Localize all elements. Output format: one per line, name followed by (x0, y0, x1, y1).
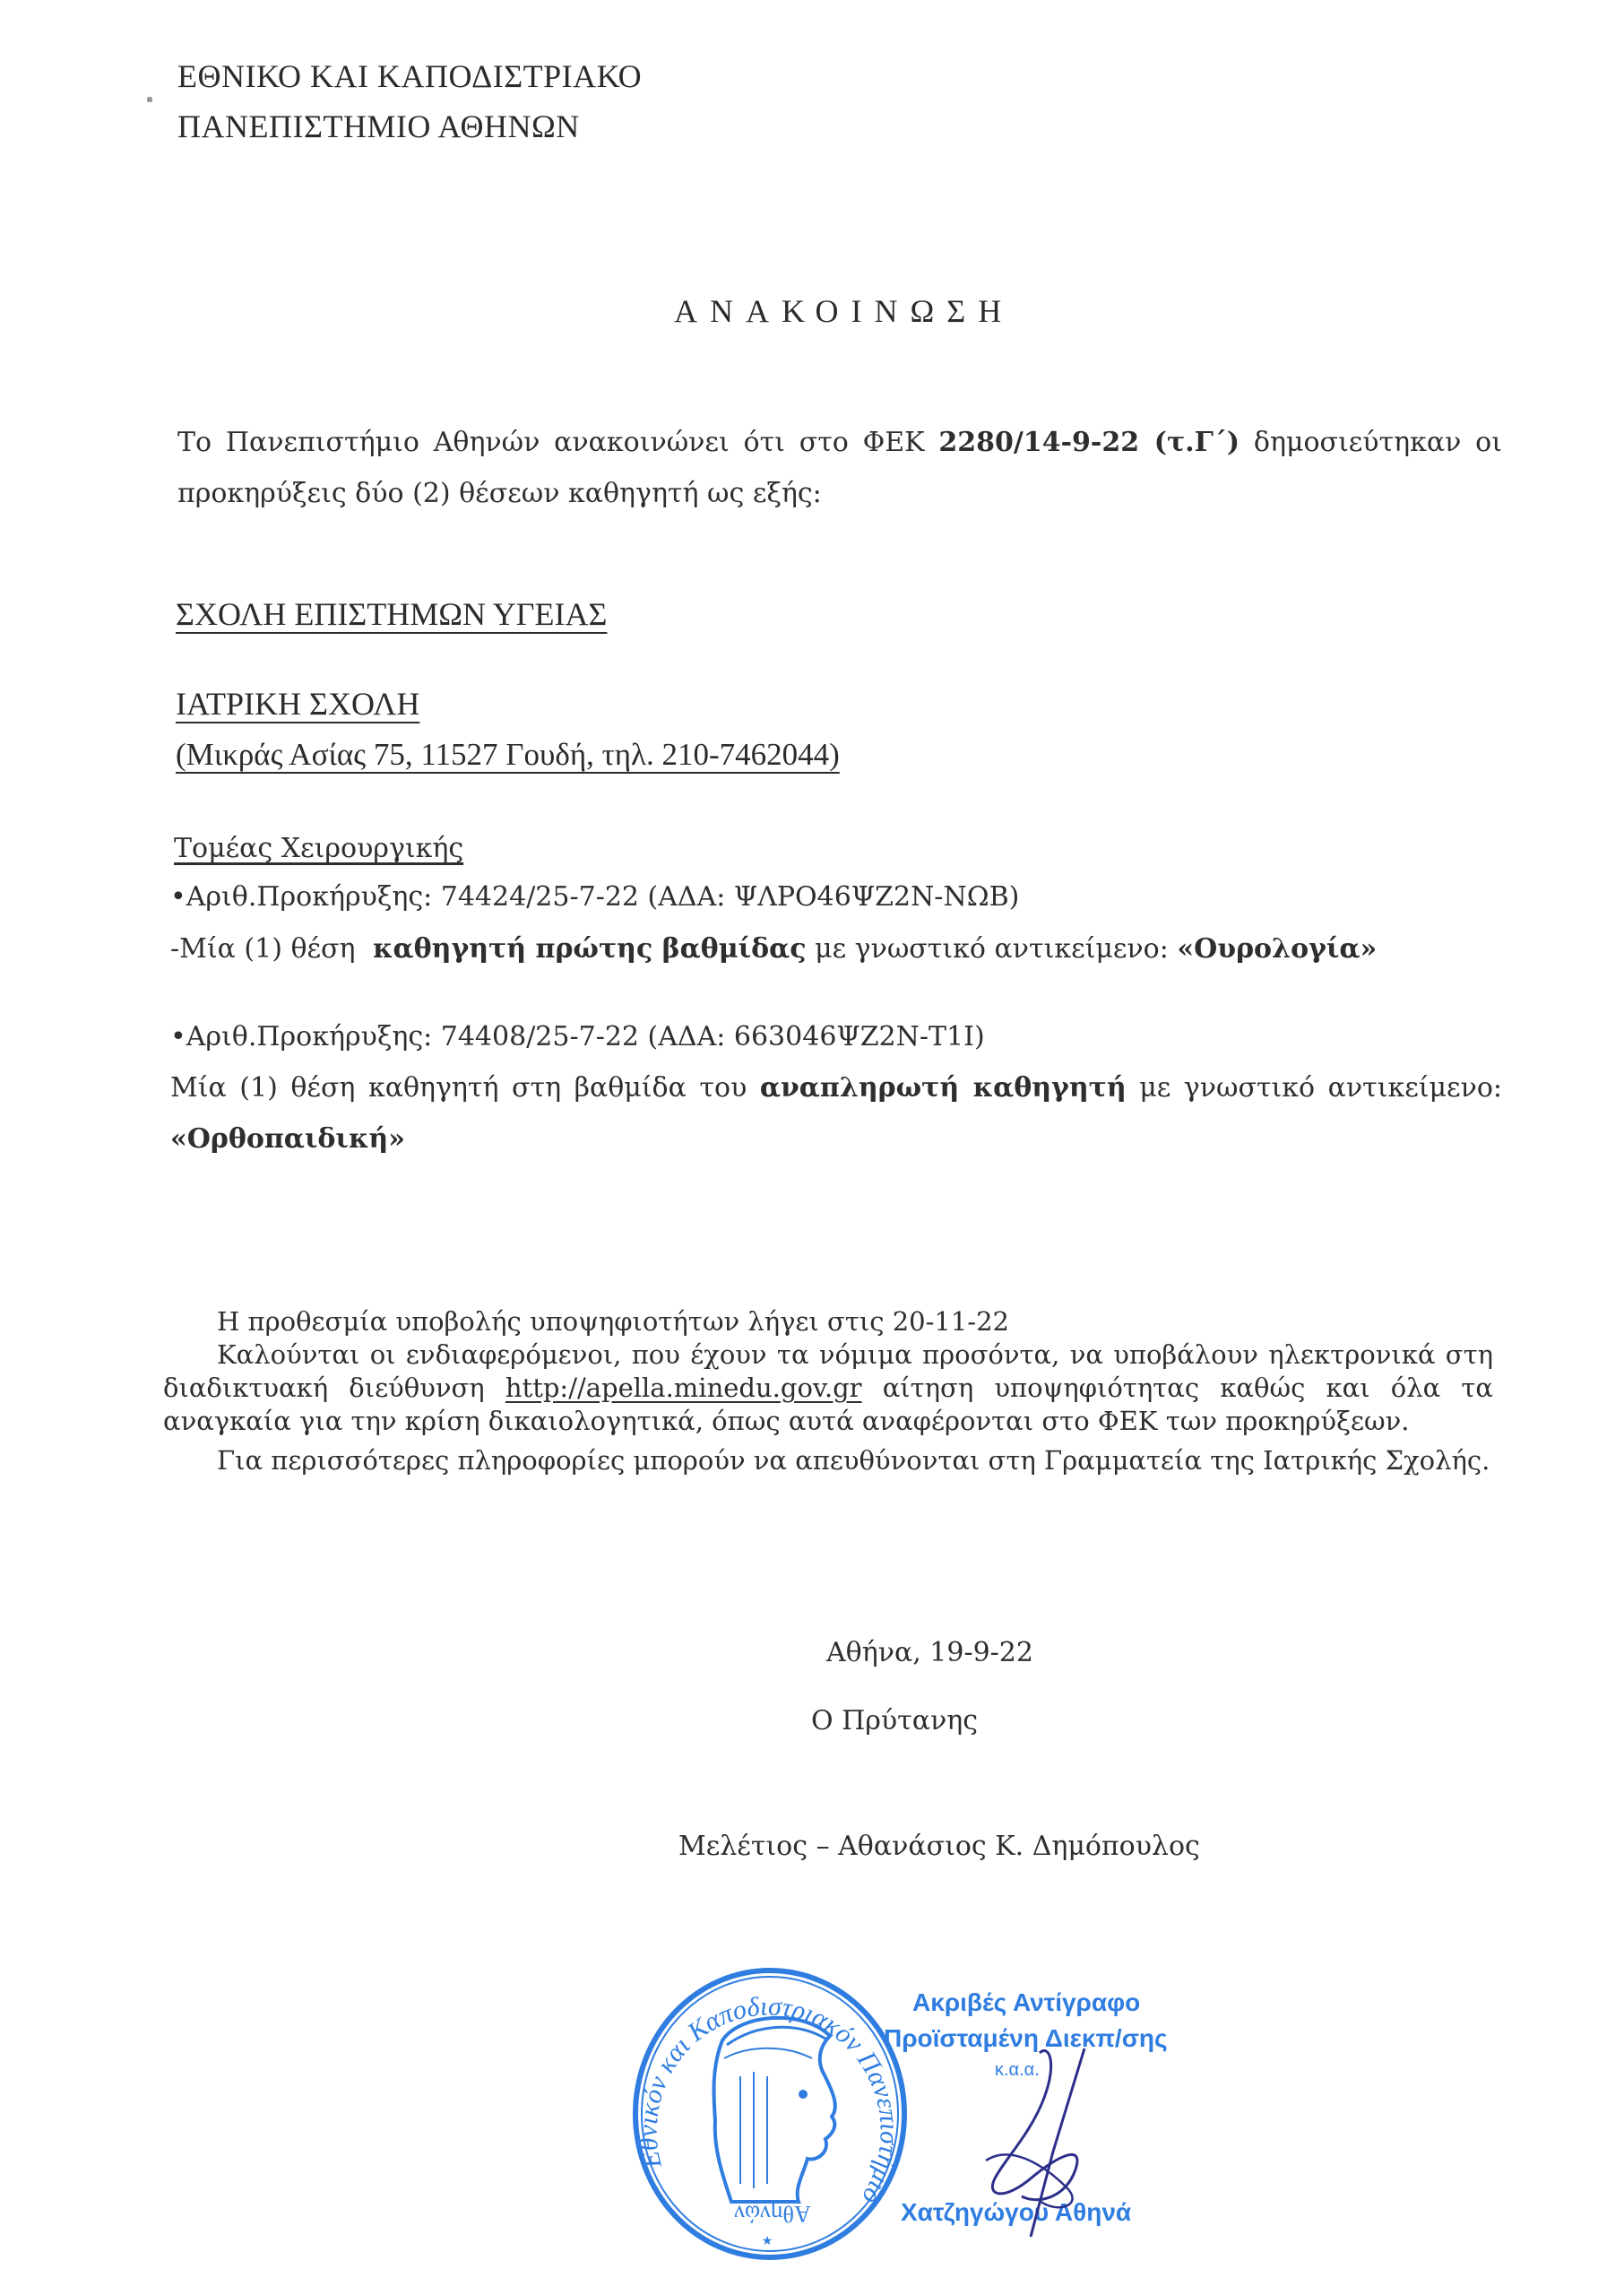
handwritten-signature (968, 2044, 1129, 2241)
position-2-rank: αναπληρωτή καθηγητή (760, 1072, 1127, 1104)
intro-text-pre: Το Πανεπιστήμιο Αθηνών ανακοινώνει ότι σ… (177, 427, 925, 458)
svg-text:Αθηνών: Αθηνών (734, 2201, 811, 2227)
university-seal: Εθνικόν και Καποδιστριακόν Πανεπιστήμιον… (624, 1960, 916, 2265)
place-date: Αθήνα, 19-9-22 (826, 1637, 1033, 1668)
info-text: Για περισσότερες πληροφορίες μπορούν να … (217, 1444, 1490, 1477)
call-line-2-pre: διαδικτυακή διεύθυνση (163, 1373, 485, 1403)
certified-copy-label: Ακριβές Αντίγραφο (912, 1988, 1140, 2017)
position-1-description: -Μία (1) θέση καθηγητή πρώτης βαθμίδας μ… (170, 923, 1377, 974)
apella-link[interactable]: http://apella.minedu.gov.gr (505, 1373, 862, 1403)
position-1-desc-mid: με γνωστικό αντικείμενο: (815, 933, 1169, 965)
position-2-reference: •Αριθ.Προκήρυξης: 74408/25-7-22 (ΑΔΑ: 66… (170, 1011, 985, 1062)
position-2-desc-pre: Μία (1) θέση καθηγητή στη βαθμίδα του (170, 1072, 747, 1104)
intro-line1: Το Πανεπιστήμιο Αθηνών ανακοινώνει ότι σ… (177, 417, 1502, 468)
position-1-subject: «Ουρολογία» (1177, 933, 1377, 965)
signature-scribble-icon (968, 2044, 1129, 2241)
call-line-2-post: αίτηση υποψηφιότητας καθώς και όλα τα (883, 1373, 1493, 1403)
position-1-desc-pre: -Μία (1) θέση (170, 933, 356, 965)
svg-text:Εθνικόν και Καποδιστριακόν Παν: Εθνικόν και Καποδιστριακόν Πανεπιστήμιον (624, 1960, 904, 2210)
university-name-line2: ΠΑΝΕΠΙΣΤΗΜΙΟ ΑΘΗΝΩΝ (177, 108, 580, 145)
intro-text-post: δημοσιεύτηκαν οι (1254, 427, 1502, 458)
call-line-1: Καλούνται οι ενδιαφερόμενοι, που έχουν τ… (217, 1338, 1493, 1371)
scan-speck (147, 97, 152, 102)
intro-line2: προκηρύξεις δύο (2) θέσεων καθηγητή ως ε… (177, 468, 822, 519)
deadline-text: Η προθεσμία υποβολής υποψηφιοτήτων λήγει… (217, 1305, 1009, 1338)
signatory-name: Μελέτιος – Αθανάσιος Κ. Δημόπουλος (678, 1831, 1200, 1862)
school-heading: ΣΧΟΛΗ ΕΠΙΣΤΗΜΩΝ ΥΓΕΙΑΣ (176, 595, 607, 633)
document-title: ΑΝΑΚΟΙΝΩΣΗ (674, 292, 1014, 330)
position-2-description: Μία (1) θέση καθηγητή στη βαθμίδα του αν… (170, 1062, 1502, 1113)
call-line-3: αναγκαία για την κρίση δικαιολογητικά, ό… (163, 1405, 1409, 1437)
faculty-address: (Μικράς Ασίας 75, 11527 Γουδή, τηλ. 210-… (176, 737, 840, 773)
position-2-desc-mid: με γνωστικό αντικείμενο: (1139, 1072, 1502, 1104)
seal-icon: Εθνικόν και Καποδιστριακόν Πανεπιστήμιον… (624, 1960, 916, 2265)
position-1-rank: καθηγητή πρώτης βαθμίδας (373, 933, 807, 965)
university-name-line1: ΕΘΝΙΚΟ ΚΑΙ ΚΑΠΟΔΙΣΤΡΙΑΚΟ (177, 57, 642, 95)
fek-reference: 2280/14-9-22 (τ.Γ΄) (938, 427, 1240, 458)
position-2-subject: «Ορθοπαιδική» (170, 1113, 405, 1165)
signatory-role: Ο Πρύτανης (811, 1705, 978, 1736)
faculty-heading: ΙΑΤΡΙΚΗ ΣΧΟΛΗ (176, 685, 419, 723)
department-heading: Τομέας Χειρουργικής (174, 823, 463, 874)
call-line-2: διαδικτυακή διεύθυνση http://apella.mine… (163, 1372, 1493, 1404)
position-1-reference: •Αριθ.Προκήρυξης: 74424/25-7-22 (ΑΔΑ: ΨΛ… (170, 871, 1019, 922)
svg-text:★: ★ (762, 2234, 773, 2248)
